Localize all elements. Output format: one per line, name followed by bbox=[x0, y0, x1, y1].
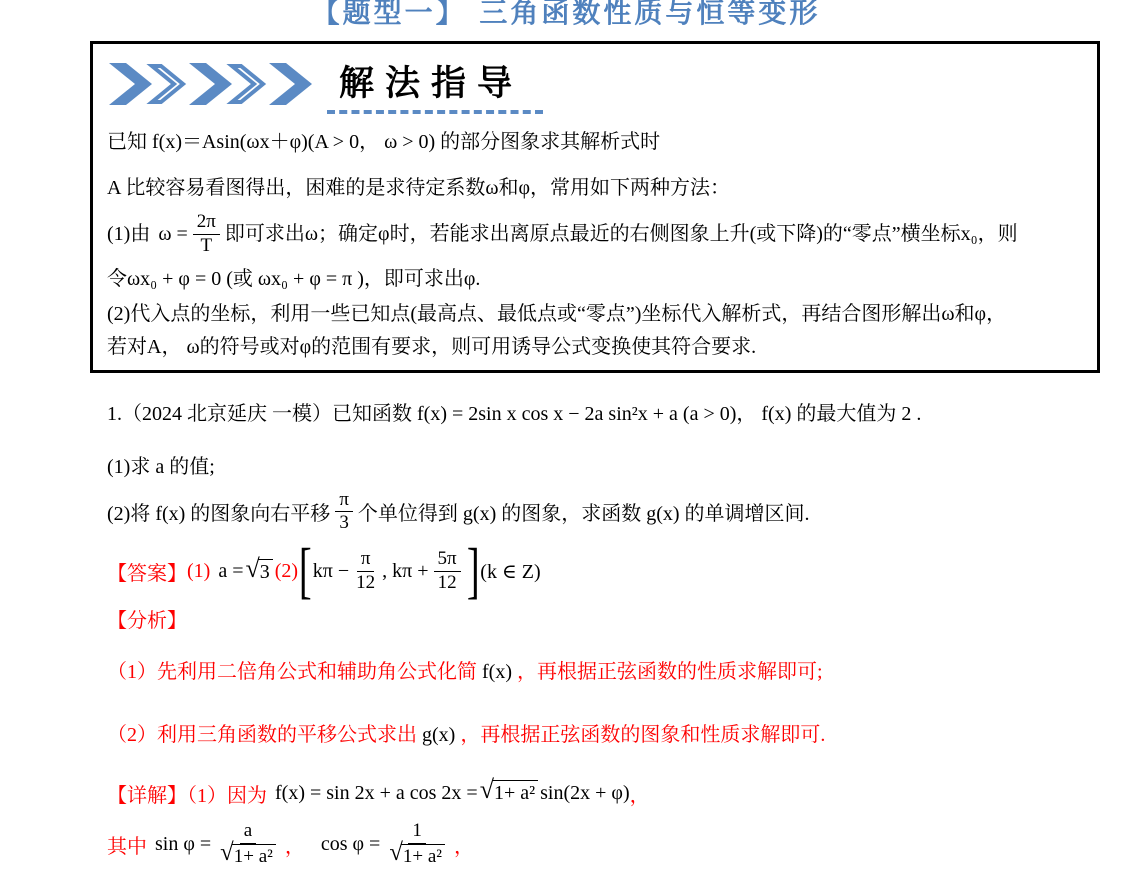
analysis-label: 【分析】 bbox=[107, 604, 1132, 633]
solution-comma-3: ， bbox=[454, 830, 474, 859]
guide-line-3-post: 即可求出ω；确定φ时，若能求出离原点最近的右侧图象上升(或下降)的“零点”横坐标… bbox=[225, 220, 1018, 249]
solution-comma-1: ， bbox=[630, 779, 650, 808]
analysis-line-1-post: ，再根据正弦函数的性质求解即可; bbox=[517, 661, 823, 683]
answer-a-equals: a = bbox=[218, 560, 243, 583]
problem-part-2: (2)将 f(x) 的图象向右平移 π 3 个单位得到 g(x) 的图象，求函数… bbox=[107, 489, 1132, 536]
problem-statement: 1.（2024 北京延庆 一模）已知函数 f(x) = 2sin x cos x… bbox=[107, 397, 1132, 426]
fraction-denominator: √ 1+ a² bbox=[385, 844, 449, 870]
problem-part-1: (1)求 a 的值; bbox=[107, 450, 1132, 479]
guide-line-2: A 比较容易看图得出，困难的是求待定系数ω和φ，常用如下两种方法： bbox=[107, 174, 1081, 203]
fraction-2pi-over-T: 2π T bbox=[193, 211, 220, 258]
sin-phi-equals: sin φ = bbox=[155, 833, 211, 856]
fraction-denominator: √ 1+ a² bbox=[216, 844, 280, 870]
answer-label: 【答案】 bbox=[107, 557, 187, 586]
guide-line-3-eq: ω = bbox=[158, 220, 187, 249]
solution-comma-2: ， bbox=[285, 830, 305, 859]
problem-part-2-pre: (2)将 f(x) 的图象向右平移 bbox=[107, 497, 330, 526]
right-bracket: ] bbox=[467, 545, 480, 598]
sqrt-1-plus-a2: √ 1+ a² bbox=[220, 844, 276, 869]
analysis-line-2-math: g(x) bbox=[422, 724, 455, 746]
answer-part1-label: (1) bbox=[187, 560, 210, 583]
left-bracket: [ bbox=[299, 545, 312, 598]
solution-formula-1b: sin(2x + φ) bbox=[540, 782, 629, 805]
interval-pre: kπ − bbox=[313, 560, 349, 583]
fraction-pi-over-12: π 12 bbox=[354, 548, 377, 595]
analysis-line-1: （1）先利用二倍角公式和辅助角公式化简 f(x) ，再根据正弦函数的性质求解即可… bbox=[107, 655, 1132, 684]
guide-logo: 解法指导 bbox=[109, 56, 1081, 114]
cos-phi-equals: cos φ = bbox=[321, 833, 380, 856]
guide-line-5: (2)代入点的坐标，利用一些已知点(最高点、最低点或“零点”)坐标代入解析式，再… bbox=[107, 300, 1081, 329]
analysis-line-2: （2）利用三角函数的平移公式求出 g(x) ，再根据正弦函数的图象和性质求解即可… bbox=[107, 718, 1132, 747]
guide-line-6: 若对A， ω的符号或对φ的范围有要求，则可用诱导公式变换使其符合要求. bbox=[107, 333, 1081, 362]
sqrt-1-plus-a2: √ 1+ a² bbox=[389, 844, 445, 869]
guide-logo-text: 解法指导 bbox=[327, 65, 543, 115]
solution-line-1: 【详解】（1）因为 f(x) = sin 2x + a cos 2x = √ 1… bbox=[107, 779, 1132, 808]
interval-mid: , kπ + bbox=[382, 560, 428, 583]
fraction-5pi-over-12: 5π 12 bbox=[434, 548, 461, 595]
problem-part-2-post: 个单位得到 g(x) 的图象，求函数 g(x) 的单调增区间. bbox=[358, 497, 810, 526]
page-title: 【题型一】 三角函数性质与恒等变形 bbox=[0, 0, 1132, 31]
chevrons-icon bbox=[109, 62, 325, 106]
guide-line-1: 已知 f(x)＝Asin(ωx＋φ)(A > 0， ω > 0) 的部分图象求其… bbox=[107, 128, 1081, 157]
analysis-line-1-math: f(x) bbox=[482, 661, 512, 683]
exercise-section: 1.（2024 北京延庆 一模）已知函数 f(x) = 2sin x cos x… bbox=[107, 397, 1132, 870]
analysis-line-2-post: ，再根据正弦函数的图象和性质求解即可. bbox=[460, 724, 825, 746]
analysis-line-1-pre: （1）先利用二倍角公式和辅助角公式化简 bbox=[107, 661, 477, 683]
sqrt-3: √ 3 bbox=[245, 559, 272, 585]
guide-line-4: 令ωx₀ + φ = 0 (或 ωx₀ + φ = π )，即可求出φ. bbox=[107, 265, 1081, 294]
solution-label: 【详解】（1）因为 bbox=[107, 779, 267, 808]
answer-line: 【答案】 (1) a = √ 3 (2) [ kπ − π 12 , kπ + … bbox=[107, 545, 1132, 598]
method-guide-box: 解法指导 已知 f(x)＝Asin(ωx＋φ)(A > 0， ω > 0) 的部… bbox=[90, 41, 1100, 373]
fraction-1-over-sqrt: 1 √ 1+ a² bbox=[385, 820, 449, 870]
sqrt-1-plus-a2: √ 1+ a² bbox=[480, 780, 538, 806]
fraction-a-over-sqrt: a √ 1+ a² bbox=[216, 820, 280, 870]
fraction-pi-over-3: π 3 bbox=[335, 489, 353, 536]
solution-line-2-label: 其中 bbox=[107, 830, 147, 859]
guide-line-3: (1)由 ω = 2π T 即可求出ω；确定φ时，若能求出离原点最近的右侧图象上… bbox=[107, 211, 1081, 258]
answer-part2-label: (2) bbox=[275, 560, 298, 583]
answer-k-in-z: (k ∈ Z) bbox=[480, 559, 540, 584]
solution-formula-1a: f(x) = sin 2x + a cos 2x = bbox=[275, 782, 478, 805]
solution-line-2: 其中 sin φ = a √ 1+ a² ， cos φ = 1 √ 1+ a² bbox=[107, 820, 1132, 870]
guide-line-3-pre: (1)由 bbox=[107, 220, 150, 249]
analysis-line-2-pre: （2）利用三角函数的平移公式求出 bbox=[107, 724, 417, 746]
